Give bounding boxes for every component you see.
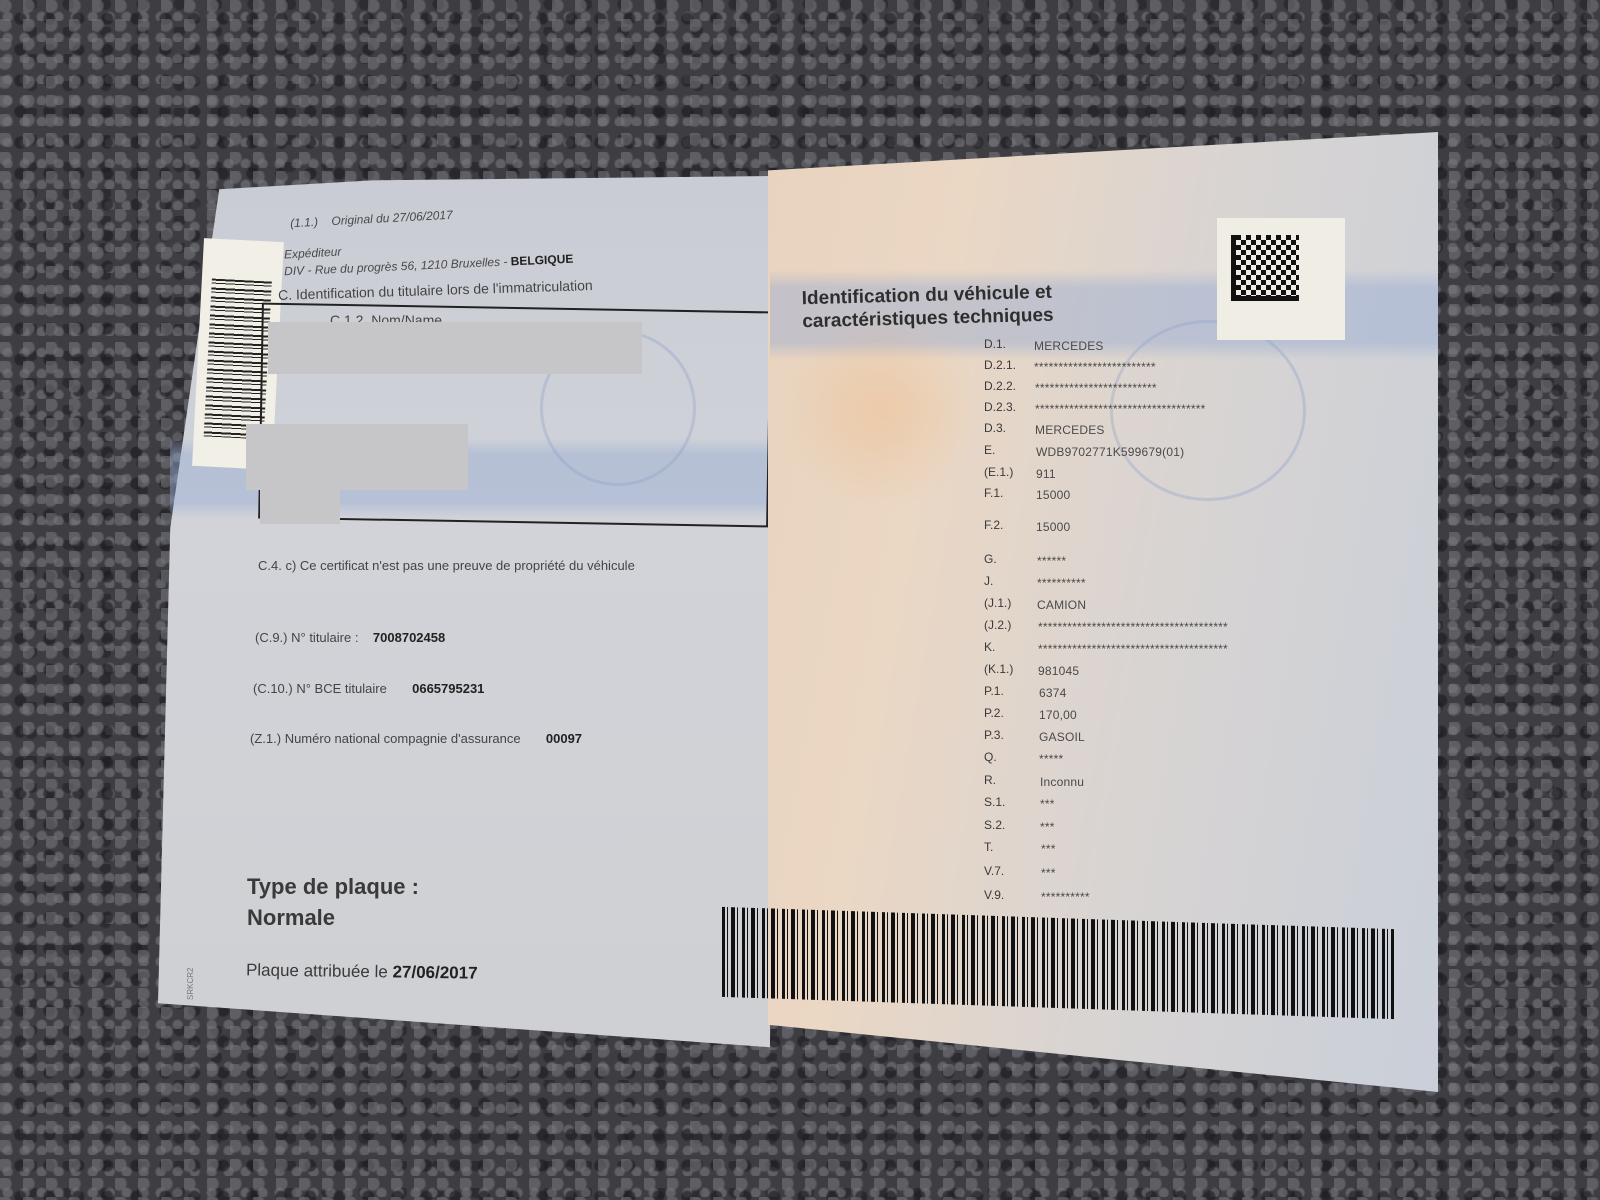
field-value: **********	[1041, 890, 1090, 904]
field-value: ***	[1040, 797, 1055, 811]
field-value: ***************************************	[1038, 620, 1228, 634]
field-code: J.	[984, 574, 993, 588]
registration-certificate: (1.1.) Original du 27/06/2017 Expéditeur…	[0, 0, 1600, 1200]
field-code: (E.1.)	[984, 465, 1013, 479]
field-holder-number: (C.9.) N° titulaire : 7008702458	[255, 630, 445, 645]
field-code: V.7.	[984, 864, 1004, 878]
field-value: 15000	[1036, 520, 1070, 534]
field-code: (K.1.)	[984, 662, 1013, 676]
field-label: N° BCE titulaire	[296, 681, 386, 696]
field-value: 15000	[1036, 488, 1070, 502]
plate-type-label: Type de plaque :	[247, 874, 419, 900]
field-code: D.3.	[984, 421, 1006, 435]
field-value: 7008702458	[373, 630, 445, 645]
field-code: V.9.	[984, 888, 1004, 902]
field-code: E.	[984, 443, 995, 457]
plate-assigned-label: Plaque attribuée le	[246, 960, 388, 981]
redaction-address-2	[260, 488, 340, 524]
plate-assigned: Plaque attribuée le 27/06/2017	[246, 960, 478, 983]
field-value: *************************	[1034, 360, 1156, 374]
field-insurance-number: (Z.1.) Numéro national compagnie d'assur…	[250, 731, 582, 746]
field-code: R.	[984, 773, 996, 787]
plate-type-value: Normale	[247, 905, 335, 931]
field-value: 0665795231	[412, 681, 484, 696]
field-bce-number: (C.10.) N° BCE titulaire 0665795231	[253, 681, 484, 696]
redaction-address	[246, 424, 468, 490]
field-code: G.	[984, 552, 997, 566]
field-code: D.2.1.	[984, 358, 1016, 372]
field-code: D.2.3.	[984, 400, 1016, 414]
field-code: K.	[984, 640, 995, 654]
field-code: (J.2.)	[984, 618, 1011, 632]
field-value: CAMION	[1037, 598, 1086, 612]
field-code: S.2.	[984, 818, 1005, 832]
datamatrix-icon	[1231, 235, 1299, 301]
field-code: D.1.	[984, 337, 1006, 351]
field-code: (C.9.)	[255, 630, 288, 645]
redaction-name	[268, 322, 642, 374]
field-value: Inconnu	[1040, 775, 1084, 789]
sender-country: BELGIQUE	[510, 252, 573, 269]
field-value: ***********************************	[1035, 402, 1205, 416]
field-label: N° titulaire :	[291, 630, 358, 645]
field-code: F.1.	[984, 486, 1003, 500]
ownership-notice: C.4. c) Ce certificat n'est pas une preu…	[258, 558, 635, 573]
field-code: P.3.	[984, 728, 1004, 742]
field-code: Q.	[984, 750, 997, 764]
field-value: *************************	[1035, 381, 1157, 395]
plate-assigned-date: 27/06/2017	[392, 962, 477, 982]
field-value: WDB9702771K599679(01)	[1036, 445, 1184, 459]
field-value: 170,00	[1039, 708, 1077, 722]
field-code: (C.10.)	[253, 681, 293, 696]
field-code: (Z.1.)	[250, 731, 281, 746]
field-value: 00097	[546, 731, 582, 746]
field-value: ***	[1041, 842, 1056, 856]
field-value: ***	[1040, 820, 1055, 834]
field-code: D.2.2.	[984, 379, 1016, 393]
field-value: 981045	[1038, 664, 1079, 678]
field-value: ***	[1041, 866, 1056, 880]
field-label: Numéro national compagnie d'assurance	[285, 731, 521, 746]
field-code: T.	[984, 840, 993, 854]
field-value: 911	[1036, 467, 1056, 481]
field-code: P.1.	[984, 684, 1004, 698]
field-value: **********	[1037, 576, 1086, 590]
form-reference: SRKCR2	[186, 968, 195, 1000]
field-value: MERCEDES	[1035, 423, 1105, 437]
field-value: GASOIL	[1039, 730, 1085, 744]
hologram-sheen	[780, 310, 980, 510]
field-code: S.1.	[984, 795, 1005, 809]
datamatrix-container	[1217, 218, 1345, 340]
sender-label: Expéditeur	[284, 245, 342, 262]
vehicle-section-title: Identification du véhicule et caractéris…	[801, 281, 1053, 334]
field-value: ******	[1037, 554, 1066, 568]
field-code: F.2.	[984, 518, 1003, 532]
field-value: ***************************************	[1038, 642, 1228, 656]
field-code: (J.1.)	[984, 596, 1011, 610]
field-value: 6374	[1039, 686, 1067, 700]
field-code: P.2.	[984, 706, 1004, 720]
field-value: MERCEDES	[1034, 339, 1104, 353]
original-code: (1.1.)	[290, 215, 319, 230]
field-value: *****	[1039, 752, 1063, 766]
